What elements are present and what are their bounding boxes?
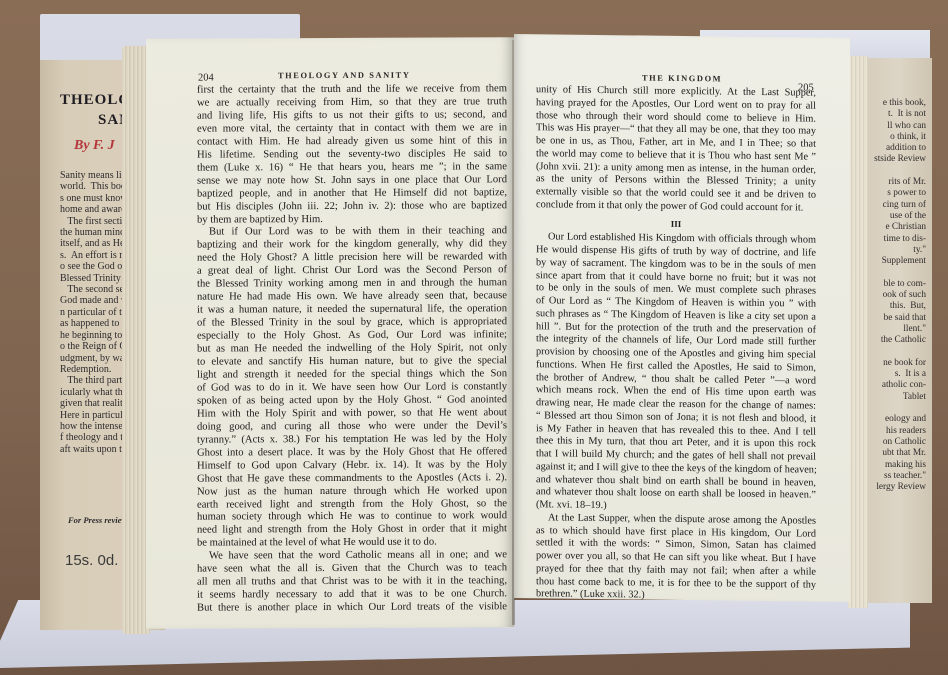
text-line: contact with Him. He had already given u… [197, 135, 507, 149]
dust-jacket-back-flap: e this book, t. It is not ll who can o t… [866, 58, 932, 603]
text-line: them (Luke x. 16) “ He that hears you, h… [197, 161, 507, 175]
text-line: and living life, His gifts to us not the… [197, 109, 507, 123]
text-line: it was a human nature, it needed the sup… [197, 303, 507, 317]
right-page: THE KINGDOM 205 unity of His Church stil… [514, 34, 850, 602]
text-line: earth received light and strength from t… [197, 498, 507, 512]
text-line: Him with the Holy Spirit and with power,… [197, 407, 507, 421]
text-line: light and strength it needed for the spe… [197, 368, 507, 382]
text-line: be maintained at the level of what He wo… [197, 537, 507, 551]
text-line: need the Holy Ghost? A little precision … [197, 252, 507, 266]
press-review-note: For Press review [68, 515, 127, 525]
text-line: Himself to God upon Calvary (Hebr. ix. 1… [197, 459, 507, 473]
text-line: of God was to do in it. We have seen how… [197, 381, 507, 395]
text-line: of the Blessed Trinity in the soul by gr… [197, 316, 507, 330]
text-line: Ghost into a desert place. It was by the… [197, 446, 507, 460]
text-line: to elevate and sanctify His human nature… [197, 355, 507, 369]
text-line: but His disciples (John iii. 22; John iv… [197, 200, 507, 214]
text-line: sense we may note how St. John says in o… [197, 174, 507, 188]
text-line: human society through which He was to co… [197, 511, 507, 525]
text-line: baptizing and their work for the kingdom… [197, 239, 507, 253]
text-line: all men all truths and that Christ was t… [197, 575, 507, 589]
review-quotes: e this book, t. It is not ll who can o t… [874, 98, 926, 493]
text-line: But if Our Lord was to be with them in t… [197, 226, 507, 240]
text-line: spoken of as being acted upon by the Hol… [197, 394, 507, 408]
price-label: 15s. 0d. [65, 552, 118, 569]
book-page-edges-right [848, 56, 868, 608]
text-line: tyranny.” (Acts x. 38.) For his temptati… [197, 433, 507, 447]
page-number-left: 204 [198, 73, 214, 84]
text-line: But there is another place in which Our … [197, 601, 507, 615]
left-page: 204 THEOLOGY AND SANITY first the certai… [146, 37, 514, 629]
text-line: Now just as the human nature through whi… [197, 485, 507, 499]
running-head-right: THE KINGDOM [642, 74, 722, 84]
text-line: We have seen that the word Catholic mean… [197, 550, 507, 564]
text-line: His lifetime. Sending out the seventy-tw… [197, 148, 507, 162]
text-line: Ghost that He gave these commandments to… [197, 472, 507, 486]
text-line: doing good, and curing all those who wer… [197, 420, 507, 434]
left-page-body-text: first the certainty that the truth and t… [197, 83, 507, 615]
text-line: baptized people, and in another that He … [197, 187, 507, 201]
text-line: but as man He needed the indwelling of t… [197, 342, 507, 356]
text-line: it seems hardly necessary to add that it… [197, 588, 507, 602]
text-line: first the certainty that the truth and t… [197, 83, 507, 97]
text-line: even more vital, the certainty that in c… [197, 122, 507, 136]
text-line: by them are baptized by Him. [197, 213, 507, 227]
text-line: we are actually receiving from Him, so t… [197, 96, 507, 110]
running-head-left: THEOLOGY AND SANITY [278, 71, 410, 81]
text-line: need light and strength from the Holy Gh… [197, 524, 507, 538]
text-line: nature He had made His own. We have alre… [197, 290, 507, 304]
text-line: the Blessed Trinity working among men in… [197, 278, 507, 292]
right-page-body-text: unity of His Church still more explicitl… [536, 84, 816, 604]
text-line: especially to the Holy Ghost. As God, Ou… [197, 329, 507, 343]
text-line: have seen what the all is. Given that th… [197, 562, 507, 576]
text-line: a great deal of light. Christ Our Lord w… [197, 265, 507, 279]
